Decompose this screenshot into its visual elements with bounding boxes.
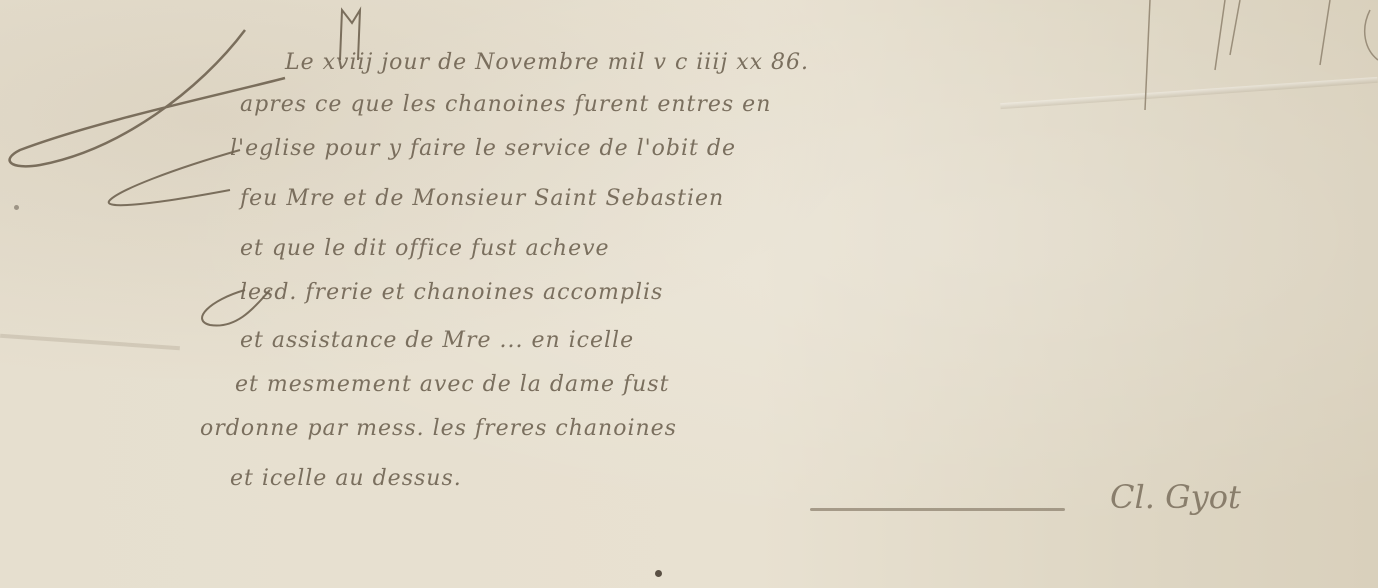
manuscript-line-9: ordonne par mess. les freres chanoines	[200, 416, 677, 441]
margin-strokes-icon	[1130, 0, 1378, 120]
manuscript-line-3: l'eglise pour y faire le service de l'ob…	[230, 136, 736, 161]
manuscript-line-2: apres ce que les chanoines furent entres…	[240, 92, 771, 117]
manuscript-line-4: feu Mre et de Monsieur Saint Sebastien	[240, 186, 724, 211]
closing-underline	[810, 508, 1065, 511]
manuscript-line-8: et mesmement avec de la dame fust	[235, 372, 669, 397]
signature: Cl. Gyot	[1110, 478, 1241, 516]
ink-dot	[14, 205, 19, 210]
paper-crease	[0, 334, 180, 351]
manuscript-line-7: et assistance de Mre ... en icelle	[240, 328, 634, 353]
manuscript-line-10: et icelle au dessus.	[230, 466, 462, 491]
ink-dot	[655, 570, 662, 577]
manuscript-line-6: lesd. frerie et chanoines accomplis	[240, 280, 663, 305]
manuscript-page: Le xviij jour de Novembre mil v c iiij x…	[0, 0, 1378, 588]
manuscript-line-1: Le xviij jour de Novembre mil v c iiij x…	[285, 50, 809, 75]
manuscript-line-5: et que le dit office fust acheve	[240, 236, 610, 261]
